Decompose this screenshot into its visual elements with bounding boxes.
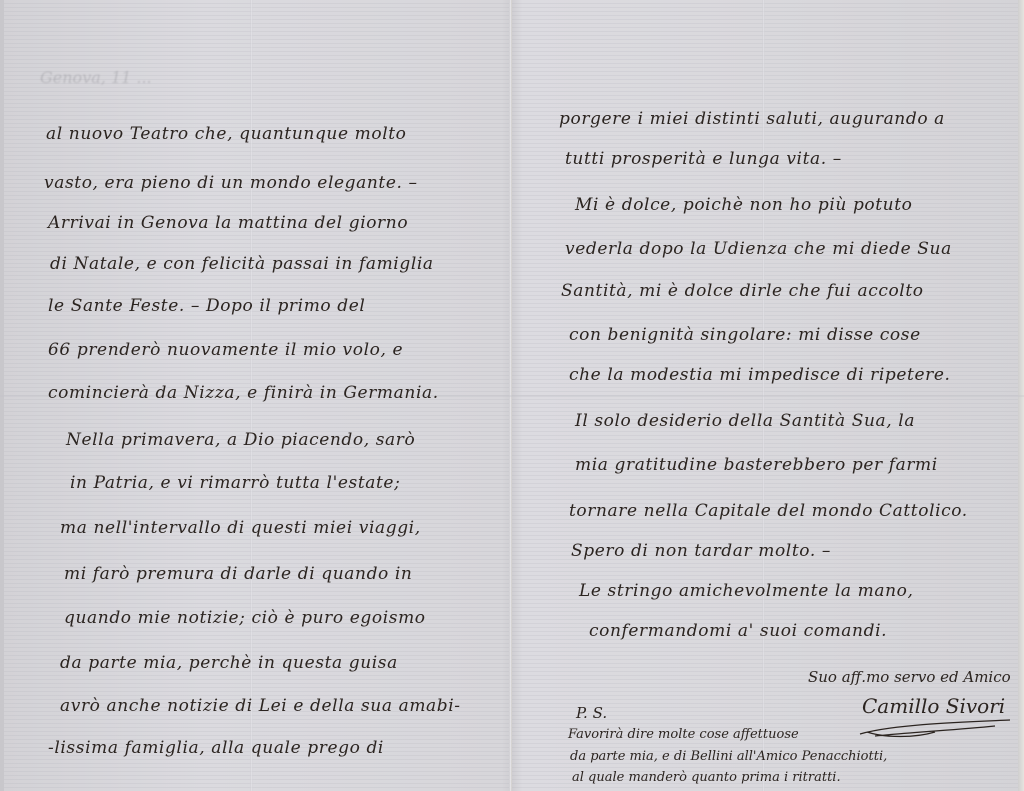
letter-line: tutti prosperità e lunga vita. – bbox=[565, 149, 842, 169]
letter-line: quando mie notizie; ciò è puro egoismo bbox=[64, 608, 426, 628]
letter-line: Il solo desiderio della Santità Sua, la bbox=[575, 411, 915, 431]
letter-line: tornare nella Capitale del mondo Cattoli… bbox=[569, 501, 968, 521]
letter-line: ma nell'intervallo di questi miei viaggi… bbox=[60, 518, 421, 538]
letter-line: da parte mia, perchè in questa guisa bbox=[60, 653, 398, 673]
letter-line: avrò anche notizie di Lei e della sua am… bbox=[60, 696, 461, 716]
letter-line: porgere i miei distinti saluti, augurand… bbox=[559, 109, 945, 129]
letter-line: di Natale, e con felicità passai in fami… bbox=[50, 254, 434, 274]
letter-line: in Patria, e vi rimarrò tutta l'estate; bbox=[70, 473, 400, 493]
closing-phrase: Suo aff.mo servo ed Amico bbox=[808, 668, 1011, 686]
letter-line: Spero di non tardar molto. – bbox=[571, 541, 831, 561]
letter-line: le Sante Feste. – Dopo il primo del bbox=[48, 296, 365, 316]
letter-line: confermandomi a' suoi comandi. bbox=[589, 621, 887, 641]
letter-sheet: Genova, 11 ... al nuovo Teatro che, quan… bbox=[0, 0, 1024, 791]
letter-line: comincierà da Nizza, e finirà in Germani… bbox=[48, 383, 439, 403]
postscript-line: Favorirà dire molte cose affettuose bbox=[568, 727, 799, 742]
letter-line: che la modestia mi impedisce di ripetere… bbox=[569, 365, 951, 385]
signature-flourish bbox=[855, 718, 1015, 742]
letter-line: con benignità singolare: mi disse cose bbox=[569, 325, 921, 345]
postscript-line: da parte mia, e di Bellini all'Amico Pen… bbox=[570, 749, 887, 764]
letter-line: mia gratitudine basterebbero per farmi bbox=[575, 455, 938, 475]
letter-line: vasto, era pieno di un mondo elegante. – bbox=[44, 173, 418, 193]
letter-line: vederla dopo la Udienza che mi diede Sua bbox=[565, 239, 952, 259]
letter-line: Le stringo amichevolmente la mano, bbox=[579, 581, 914, 601]
signature: Camillo Sivori bbox=[862, 694, 1005, 718]
bleed-through-text: Genova, 11 ... bbox=[40, 68, 260, 87]
letter-line: al nuovo Teatro che, quantunque molto bbox=[46, 124, 407, 144]
letter-line: Nella primavera, a Dio piacendo, sarò bbox=[66, 430, 415, 450]
letter-line: Santità, mi è dolce dirle che fui accolt… bbox=[561, 281, 924, 301]
letter-line: -lissima famiglia, alla quale prego di bbox=[48, 738, 384, 758]
letter-line: mi farò premura di darle di quando in bbox=[64, 564, 412, 584]
letter-line: Mi è dolce, poichè non ho più potuto bbox=[575, 195, 913, 215]
postscript-line: al quale manderò quanto prima i ritratti… bbox=[572, 770, 841, 785]
letter-line: 66 prenderò nuovamente il mio volo, e bbox=[48, 340, 403, 360]
postscript-label: P. S. bbox=[576, 704, 607, 722]
letter-line: Arrivai in Genova la mattina del giorno bbox=[48, 213, 408, 233]
